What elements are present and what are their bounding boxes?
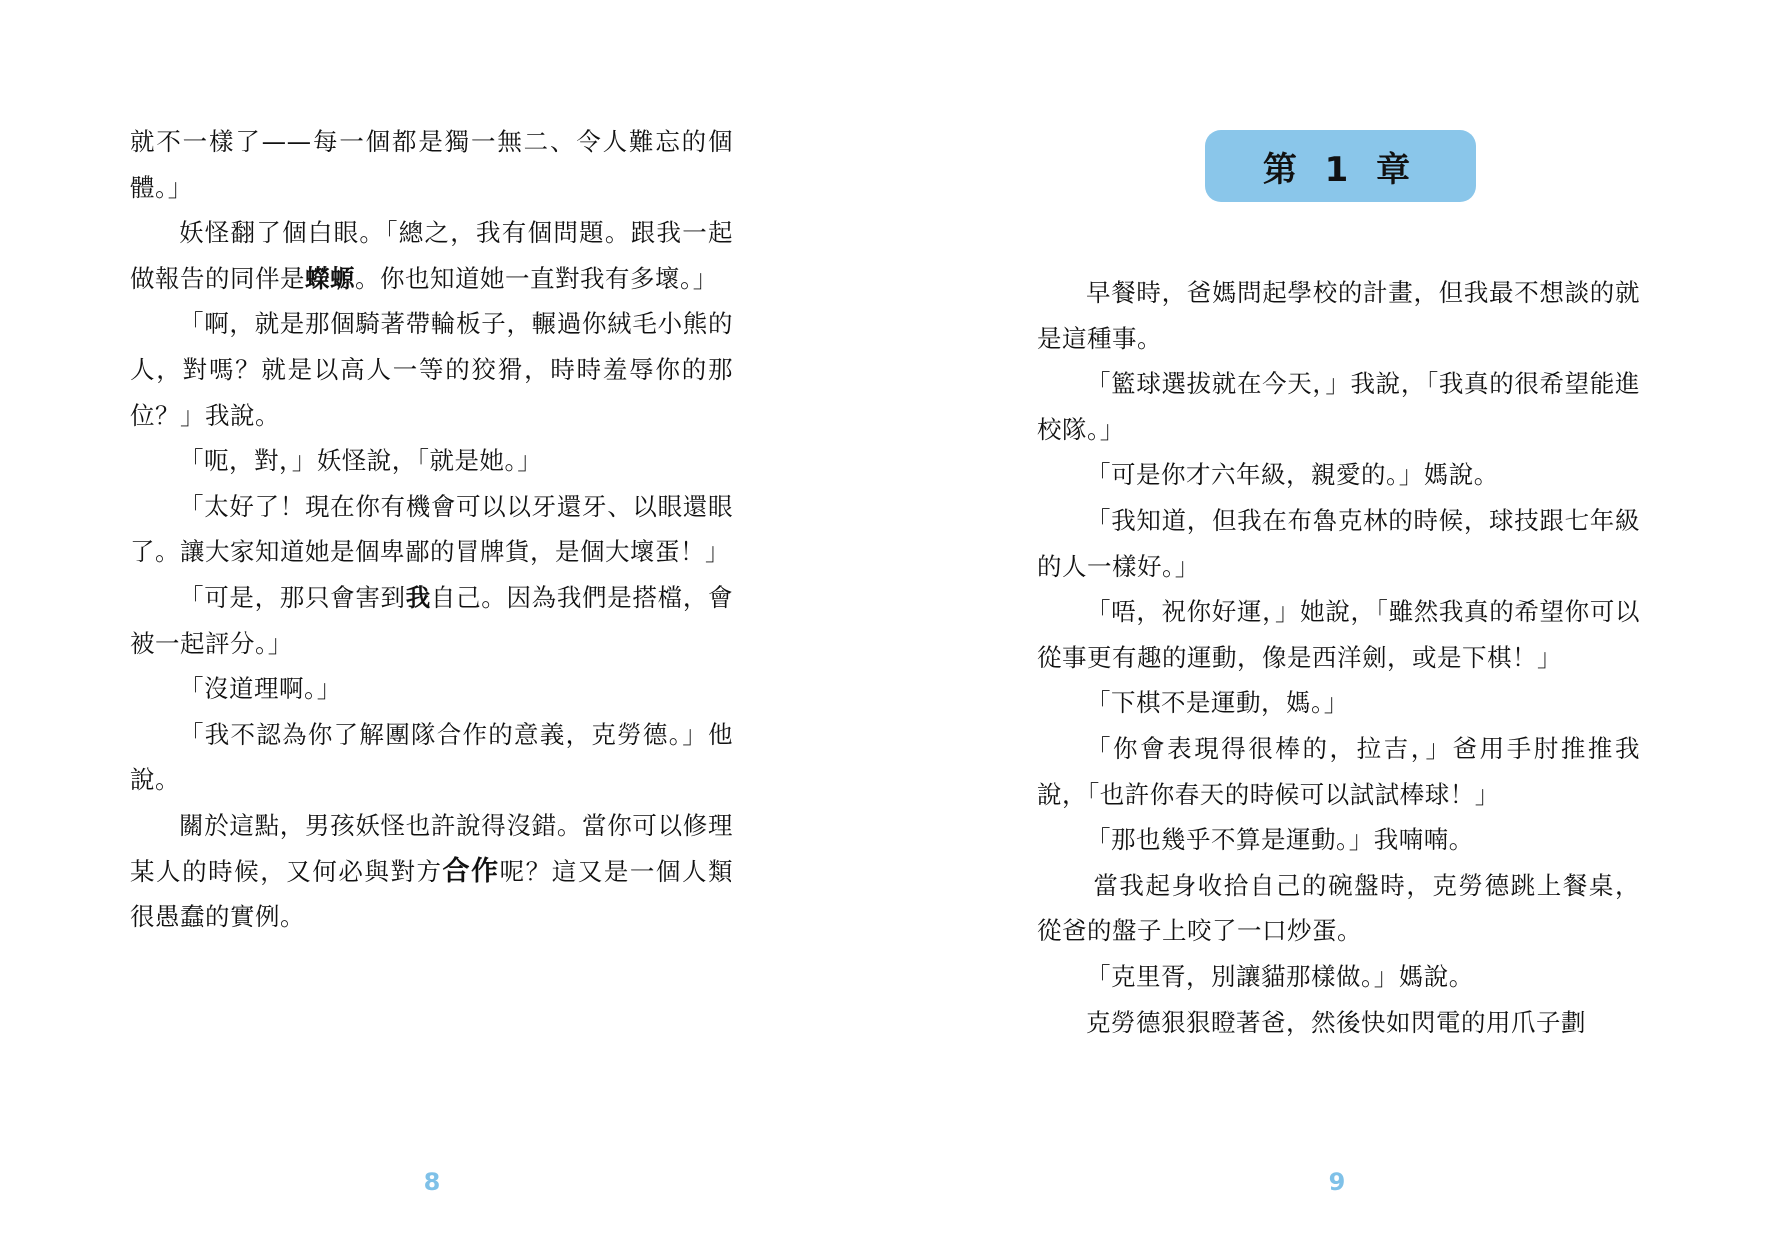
paragraph: 就不一樣了——每一個都是獨一無二、令人難忘的個體。」 [130,119,733,210]
paragraph: 關於這點，男孩妖怪也許說得沒錯。當你可以修理某人的時候，又何必與對方合作呢？這又… [130,803,733,940]
paragraph: 「太好了！現在你有機會可以以牙還牙、以眼還眼了。讓大家知道她是個卑鄙的冒牌貨，是… [130,484,733,575]
left-page: 就不一樣了——每一個都是獨一無二、令人難忘的個體。」 妖怪翻了個白眼。「總之，我… [0,0,886,1240]
paragraph: 克勞德狠狠瞪著爸，然後快如閃電的用爪子劃 [1037,1000,1640,1046]
paragraph: 「你會表現得很棒的，拉吉，」爸用手肘推推我說，「也許你春天的時候可以試試棒球！」 [1037,726,1640,817]
paragraph: 「啊，就是那個騎著帶輪板子，輾過你絨毛小熊的人，對嗎？就是以高人一等的狡猾，時時… [130,301,733,438]
right-page: 第 1 章 早餐時，爸媽問起學校的計畫，但我最不想談的就是這種事。 「籃球選拔就… [886,0,1772,1240]
paragraph: 當我起身收拾自己的碗盤時，克勞德跳上餐桌，從爸的盤子上咬了一口炒蛋。 [1037,863,1640,954]
paragraph: 「我知道，但我在布魯克林的時候，球技跟七年級的人一樣好。」 [1037,498,1640,589]
paragraph: 「籃球選拔就在今天，」我說，「我真的很希望能進校隊。」 [1037,361,1640,452]
emphasized-name: 蠑螈 [305,264,355,293]
right-page-body: 早餐時，爸媽問起學校的計畫，但我最不想談的就是這種事。 「籃球選拔就在今天，」我… [1037,270,1640,1045]
paragraph: 早餐時，爸媽問起學校的計畫，但我最不想談的就是這種事。 [1037,270,1640,361]
paragraph: 妖怪翻了個白眼。「總之，我有個問題。跟我一起做報告的同伴是蠑螈。你也知道她一直對… [130,210,733,301]
paragraph: 「下棋不是運動，媽。」 [1037,680,1640,726]
emphasized-word: 我 [406,583,431,612]
paragraph: 「唔，祝你好運，」她說，「雖然我真的希望你可以從事更有趣的運動，像是西洋劍，或是… [1037,589,1640,680]
chapter-title: 第 1 章 [1263,142,1418,191]
paragraph: 「可是你才六年級，親愛的。」媽說。 [1037,452,1640,498]
paragraph: 「沒道理啊。」 [130,666,733,712]
paragraph: 「克里胥，別讓貓那樣做。」媽說。 [1037,954,1640,1000]
text-run: 。你也知道她一直對我有多壞。」 [355,264,718,293]
emphasized-word: 合作 [443,856,500,887]
paragraph: 「我不認為你了解團隊合作的意義，克勞德。」他說。 [130,712,733,803]
page-number: 9 [1317,1168,1357,1196]
chapter-badge: 第 1 章 [1205,130,1476,202]
paragraph: 「可是，那只會害到我自己。因為我們是搭檔，會被一起評分。」 [130,575,733,666]
paragraph: 「呃，對，」妖怪說，「就是她。」 [130,438,733,484]
left-page-body: 就不一樣了——每一個都是獨一無二、令人難忘的個體。」 妖怪翻了個白眼。「總之，我… [130,119,733,940]
text-run: 「可是，那只會害到 [179,583,406,612]
page-number: 8 [412,1168,452,1196]
paragraph: 「那也幾乎不算是運動。」我喃喃。 [1037,817,1640,863]
